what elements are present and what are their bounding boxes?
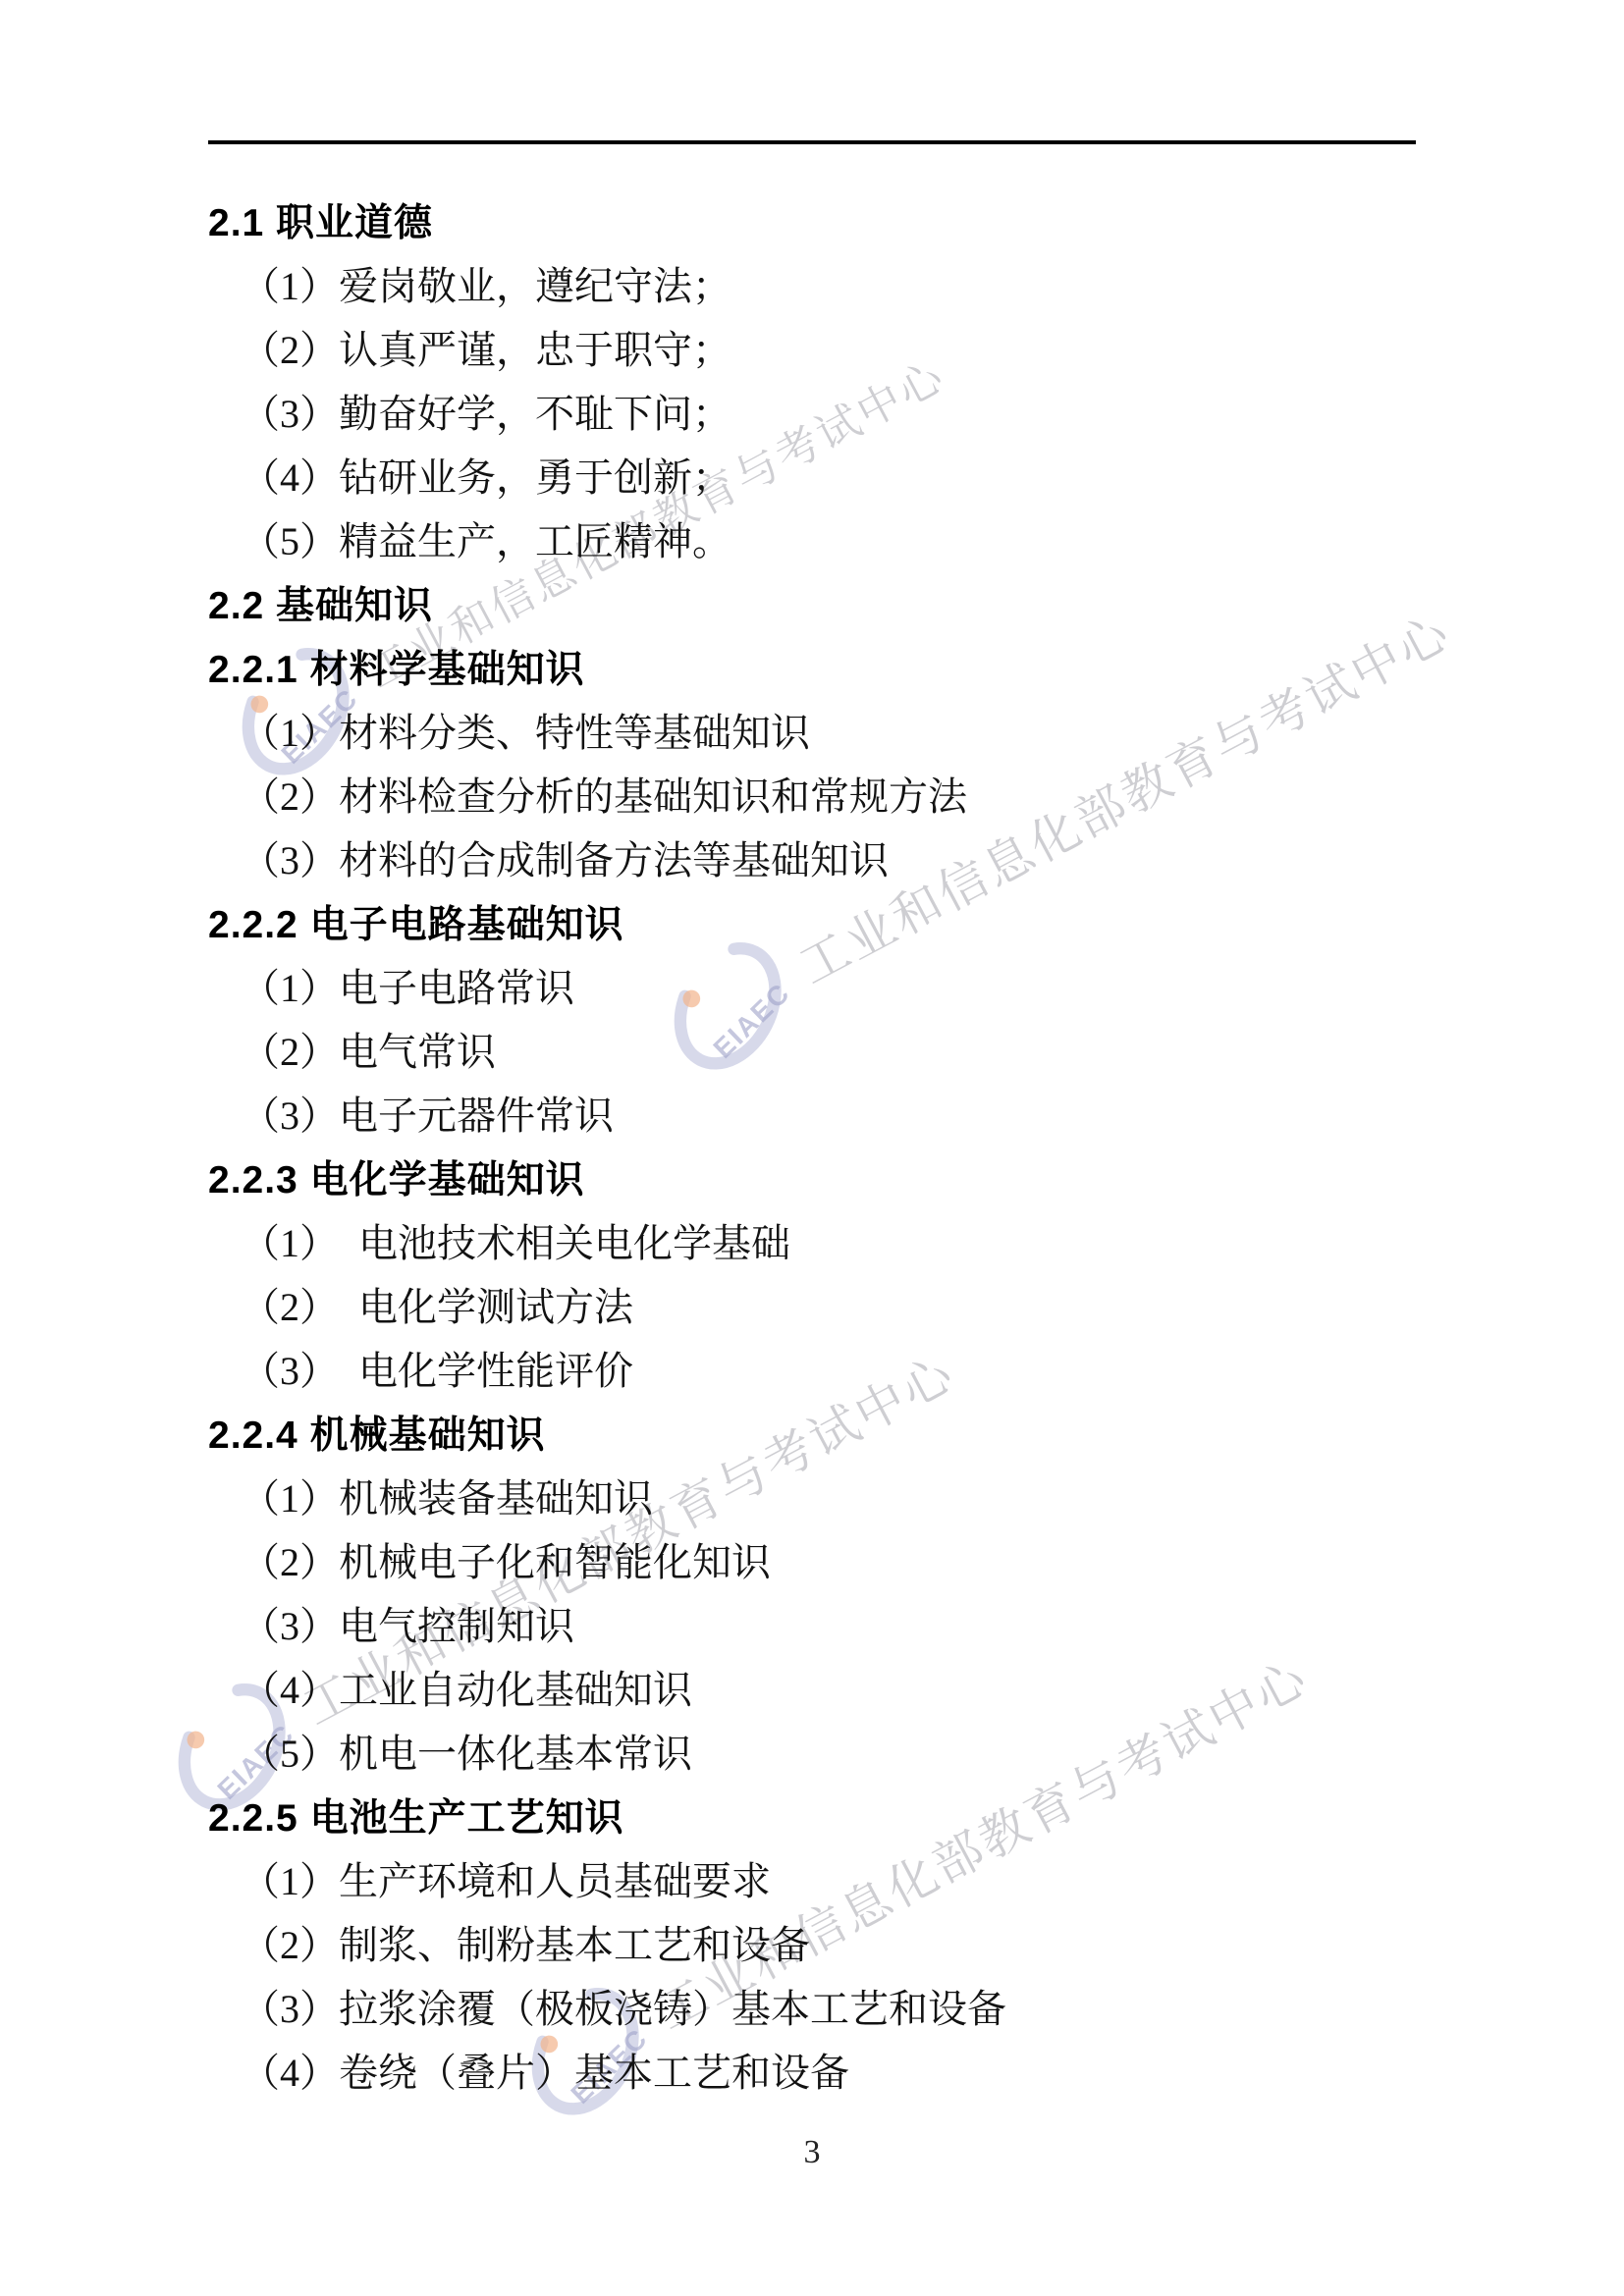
list-item: （3）电子元器件常识 xyxy=(0,1081,1624,1145)
list-item: （2）制浆、制粉基本工艺和设备 xyxy=(0,1910,1624,1974)
section-heading: 2.2.4 机械基础知识 xyxy=(0,1400,1624,1464)
list-item: （3）电气控制知识 xyxy=(0,1591,1624,1655)
list-item: （1）生产环境和人员基础要求 xyxy=(0,1846,1624,1910)
list-item: （4）工业自动化基础知识 xyxy=(0,1655,1624,1719)
list-item: （1）爱岗敬业，遵纪守法； xyxy=(0,251,1624,315)
list-item: （2）电气常识 xyxy=(0,1017,1624,1081)
list-item: （1） 电池技术相关电化学基础 xyxy=(0,1208,1624,1272)
list-item: （1）机械装备基础知识 xyxy=(0,1464,1624,1527)
list-item: （4）卷绕（叠片）基本工艺和设备 xyxy=(0,2038,1624,2102)
list-item: （2）认真严谨，忠于职守； xyxy=(0,315,1624,379)
list-item: （5）机电一体化基本常识 xyxy=(0,1719,1624,1783)
list-item: （3）材料的合成制备方法等基础知识 xyxy=(0,826,1624,889)
section-heading: 2.1 职业道德 xyxy=(0,187,1624,251)
section-heading: 2.2.3 电化学基础知识 xyxy=(0,1145,1624,1208)
list-item: （4）钻研业务，勇于创新； xyxy=(0,443,1624,507)
list-item: （2）机械电子化和智能化知识 xyxy=(0,1527,1624,1591)
list-item: （2） 电化学测试方法 xyxy=(0,1272,1624,1336)
list-item: （1）电子电路常识 xyxy=(0,953,1624,1017)
document-page: EIAEC 工业和信息化部教育与考试中心 EIAEC 工业和信息化部教育与考试中… xyxy=(0,0,1624,2296)
section-heading: 2.2.5 电池生产工艺知识 xyxy=(0,1783,1624,1846)
list-item: （1）材料分类、特性等基础知识 xyxy=(0,698,1624,762)
list-item: （3） 电化学性能评价 xyxy=(0,1336,1624,1400)
list-item: （3）勤奋好学，不耻下问； xyxy=(0,379,1624,443)
section-heading: 2.2.1 材料学基础知识 xyxy=(0,634,1624,698)
list-item: （3）拉浆涂覆（极板浇铸）基本工艺和设备 xyxy=(0,1974,1624,2038)
section-heading: 2.2.2 电子电路基础知识 xyxy=(0,889,1624,953)
list-item: （2）材料检查分析的基础知识和常规方法 xyxy=(0,762,1624,826)
page-number: 3 xyxy=(0,2134,1624,2171)
header-rule xyxy=(208,140,1416,144)
document-body: 2.1 职业道德（1）爱岗敬业，遵纪守法；（2）认真严谨，忠于职守；（3）勤奋好… xyxy=(0,187,1624,2102)
list-item: （5）精益生产，工匠精神。 xyxy=(0,507,1624,570)
section-heading: 2.2 基础知识 xyxy=(0,570,1624,634)
